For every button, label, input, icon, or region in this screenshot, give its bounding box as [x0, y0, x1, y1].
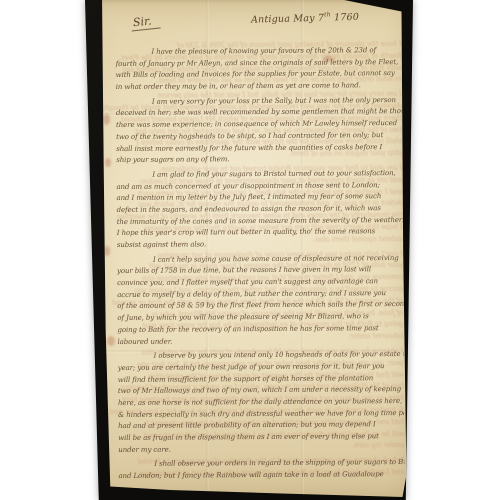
- letter-line: I hope this year's crop will turn out be…: [117, 226, 403, 240]
- letter-line: ship your sugars on any of them.: [116, 153, 402, 167]
- dateline-date: May 7: [293, 13, 324, 25]
- dateline-place: Antigua: [251, 14, 290, 26]
- salutation: Sir.: [131, 14, 161, 31]
- letter-line: and London; but I fancy the Rainbow will…: [118, 469, 404, 483]
- letter-line: subsist against them also.: [117, 238, 403, 252]
- listing-canvas: { "colors":{ "canvas":"#ffffff", "backdr…: [0, 0, 500, 500]
- letter-line: shall insist more earnestly for the futu…: [116, 142, 402, 156]
- letter-line: in what order they may be in, or hear of…: [116, 80, 402, 94]
- ink-smudge: [104, 246, 110, 256]
- letter-line: will be as frugal in the dispensing them…: [118, 431, 404, 445]
- letter-line: laboured under.: [117, 334, 403, 348]
- ink-smudge: [103, 114, 110, 125]
- letter-photograph: I have the pleasure of knowing your favo…: [85, 0, 413, 500]
- letter-line: going to Bath for the recovery of an ind…: [117, 323, 403, 337]
- dateline-year: 1760: [334, 12, 359, 24]
- letter-photo-wrapper: I have the pleasure of knowing your favo…: [0, 0, 500, 500]
- ink-smudge: [107, 336, 115, 346]
- dateline-ordinal: th: [324, 11, 331, 18]
- letter-body: I have the pleasure of knowing your favo…: [115, 45, 404, 486]
- salutation-text: Sir.: [130, 14, 160, 32]
- ink-smudge: [323, 56, 335, 62]
- letter-paper: I have the pleasure of knowing your favo…: [85, 0, 413, 500]
- letter-line: under my care.: [118, 443, 404, 457]
- dateline: Antigua May 7th 1760: [251, 11, 359, 26]
- ink-smudge: [105, 158, 111, 167]
